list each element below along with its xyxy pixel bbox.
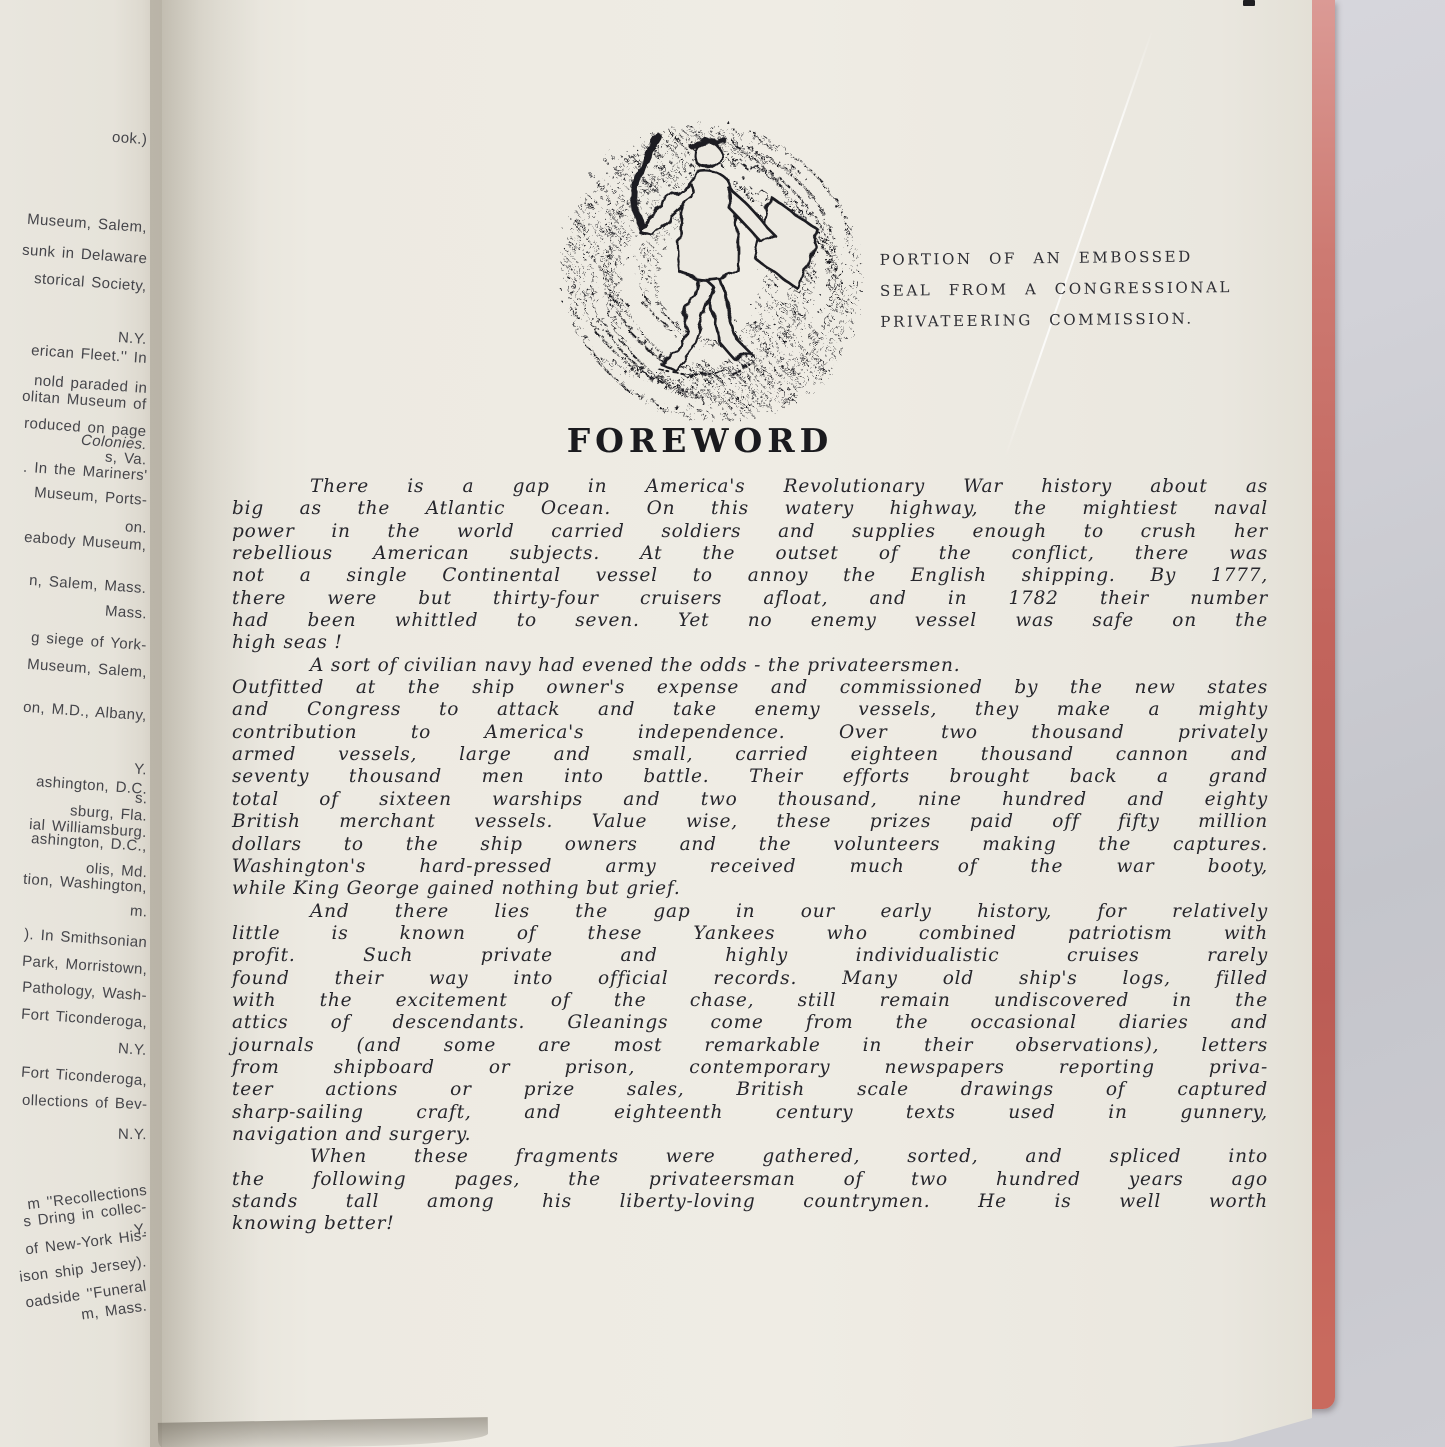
credit-text-fragment: Fort Ticonderoga, <box>20 1006 147 1032</box>
caption-line: SEAL FROM A CONGRESSIONAL <box>880 272 1232 307</box>
body-text-line: stands tall among his liberty-loving cou… <box>232 1191 1268 1213</box>
body-text-line: power in the world carried soldiers and … <box>232 521 1268 543</box>
credit-text: N.Y. <box>118 329 148 348</box>
body-text-line: teer actions or prize sales, British sca… <box>232 1079 1268 1101</box>
credit-text: ). In Smithsonian <box>23 926 147 952</box>
foreword-body: There is a gap in America's Revolutionar… <box>232 476 1268 1236</box>
body-text-line: And there lies the gap in our early hist… <box>232 901 1268 923</box>
credit-text-fragment: ). In Smithsonian <box>23 926 147 952</box>
credit-text: Mass. <box>104 603 147 623</box>
credit-text: g siege of York- <box>31 629 148 654</box>
credit-text: Museum, Salem, <box>26 211 147 236</box>
body-text-line: knowing better! <box>232 1213 1268 1235</box>
credit-text: m. <box>129 902 148 920</box>
credit-text: Y. <box>133 761 147 779</box>
credit-text: Fort Ticonderoga, <box>20 1064 147 1090</box>
body-text-line: not a single Continental vessel to annoy… <box>232 565 1268 587</box>
credit-text-fragment: ook.) <box>111 129 147 148</box>
body-text-line: dollars to the ship owners and the volun… <box>232 834 1268 856</box>
credit-text-fragment: Museum, Salem, <box>26 656 147 681</box>
credit-text-fragment: Fort Ticonderoga, <box>20 1064 147 1090</box>
privateer-figure-drawing <box>636 137 818 375</box>
credit-text: of New-York His- <box>24 1227 148 1259</box>
body-text-line: journals (and some are most remarkable i… <box>232 1035 1268 1057</box>
credit-text: ashington, D.C. <box>35 773 147 798</box>
credit-text-fragment: n, Salem, Mass. <box>29 572 147 597</box>
credit-text: N.Y. <box>118 1040 148 1059</box>
body-text-line: with the excitement of the chase, still … <box>232 990 1268 1012</box>
credit-text: n, Salem, Mass. <box>29 572 147 597</box>
credit-text-fragment: sunk in Delaware <box>21 242 147 268</box>
body-text-line: attics of descendants. Gleanings come fr… <box>232 1012 1268 1034</box>
illustration-caption: PORTION OF AN EMBOSSED SEAL FROM A CONGR… <box>880 241 1233 338</box>
previous-page-sliver: ook.) Museum, Salem, sunk in Delaware st… <box>0 0 162 1447</box>
credit-text: on. <box>124 518 147 536</box>
credit-text: Museum, Salem, <box>26 656 147 681</box>
caption-line: PRIVATEERING COMMISSION. <box>880 303 1232 338</box>
body-text-line: navigation and surgery. <box>232 1124 1268 1146</box>
credit-text-fragment: ollections of Bev- <box>21 1092 147 1113</box>
credit-text: storical Society, <box>34 270 148 295</box>
body-text-line: armed vessels, large and small, carried … <box>232 744 1268 766</box>
body-text-line: Washington's hard-pressed army received … <box>232 856 1268 878</box>
credit-text-fragment: of New-York His- <box>24 1227 148 1259</box>
credit-text-fragment: s. <box>134 790 148 808</box>
credit-text-fragment: N.Y. <box>118 1040 148 1059</box>
credit-text: sunk in Delaware <box>21 242 147 268</box>
body-text-line: the following pages, the privateersman o… <box>232 1169 1268 1191</box>
embossed-seal-illustration <box>538 98 878 443</box>
credit-text: ook.) <box>111 129 147 148</box>
credit-text: Fort Ticonderoga, <box>20 1006 147 1032</box>
credit-text-fragment: Museum, Salem, <box>26 211 147 236</box>
credit-text: Museum, Ports- <box>33 484 147 509</box>
body-text-line: seventy thousand men into battle. Their … <box>232 766 1268 788</box>
body-text-line: total of sixteen warships and two thousa… <box>232 789 1268 811</box>
credit-text: Pathology, Wash- <box>21 979 147 1005</box>
body-text-line: When these fragments were gathered, sort… <box>232 1146 1268 1168</box>
credit-text-fragment: Museum, Ports- <box>33 484 147 509</box>
body-text-line: and Congress to attack and take enemy ve… <box>232 699 1268 721</box>
credit-text-fragment: on, M.D., Albany, <box>23 699 148 725</box>
cropped-page-number-mark <box>1243 0 1255 6</box>
credit-text-fragment: ashington, D.C. <box>35 773 147 798</box>
body-text-line: big as the Atlantic Ocean. On this water… <box>232 498 1268 520</box>
credit-text-fragment: Mass. <box>104 603 147 623</box>
credit-text: ollections of Bev- <box>21 1092 147 1113</box>
credit-text: N.Y. <box>118 1126 147 1144</box>
body-text-line: little is known of these Yankees who com… <box>232 923 1268 945</box>
body-text-line: while King George gained nothing but gri… <box>232 878 1268 900</box>
caption-line: PORTION OF AN EMBOSSED <box>880 241 1232 276</box>
credit-text: Park, Morristown, <box>21 953 147 979</box>
body-text-line: from shipboard or prison, contemporary n… <box>232 1057 1268 1079</box>
body-text-line: rebellious American subjects. At the out… <box>232 543 1268 565</box>
credit-text-fragment: storical Society, <box>34 270 148 295</box>
body-text-line: had been whittled to seven. Yet no enemy… <box>232 610 1268 632</box>
credit-text: on, M.D., Albany, <box>23 699 148 725</box>
body-text-line: There is a gap in America's Revolutionar… <box>232 476 1268 498</box>
credit-text-fragment: m. <box>129 902 148 920</box>
page-title: FOREWORD <box>150 421 1250 460</box>
credit-text-fragment: Pathology, Wash- <box>21 979 147 1005</box>
credit-text-fragment: Park, Morristown, <box>21 953 147 979</box>
body-text-line: contribution to America's independence. … <box>232 722 1268 744</box>
credit-text-fragment: N.Y. <box>118 1126 147 1144</box>
credit-text-fragment: g siege of York- <box>31 629 148 654</box>
credit-text-fragment: N.Y. <box>118 329 148 348</box>
body-text-line: profit. Such private and highly individu… <box>232 945 1268 967</box>
body-text-line: there were but thirty-four cruisers aflo… <box>232 588 1268 610</box>
open-book-photo: ook.) Museum, Salem, sunk in Delaware st… <box>0 0 1445 1447</box>
body-text-line: British merchant vessels. Value wise, th… <box>232 811 1268 833</box>
page-curl-shadow <box>158 1417 488 1447</box>
credit-text-fragment: on. <box>124 518 147 536</box>
body-text-line: found their way into official records. M… <box>232 968 1268 990</box>
body-text-line: Outfitted at the ship owner's expense an… <box>232 677 1268 699</box>
body-text-line: A sort of civilian navy had evened the o… <box>232 655 1268 677</box>
body-text-line: sharp-sailing craft, and eighteenth cent… <box>232 1102 1268 1124</box>
body-text-line: high seas ! <box>232 632 1268 654</box>
credit-text: s. <box>134 790 148 808</box>
credit-text-fragment: Y. <box>133 761 147 779</box>
